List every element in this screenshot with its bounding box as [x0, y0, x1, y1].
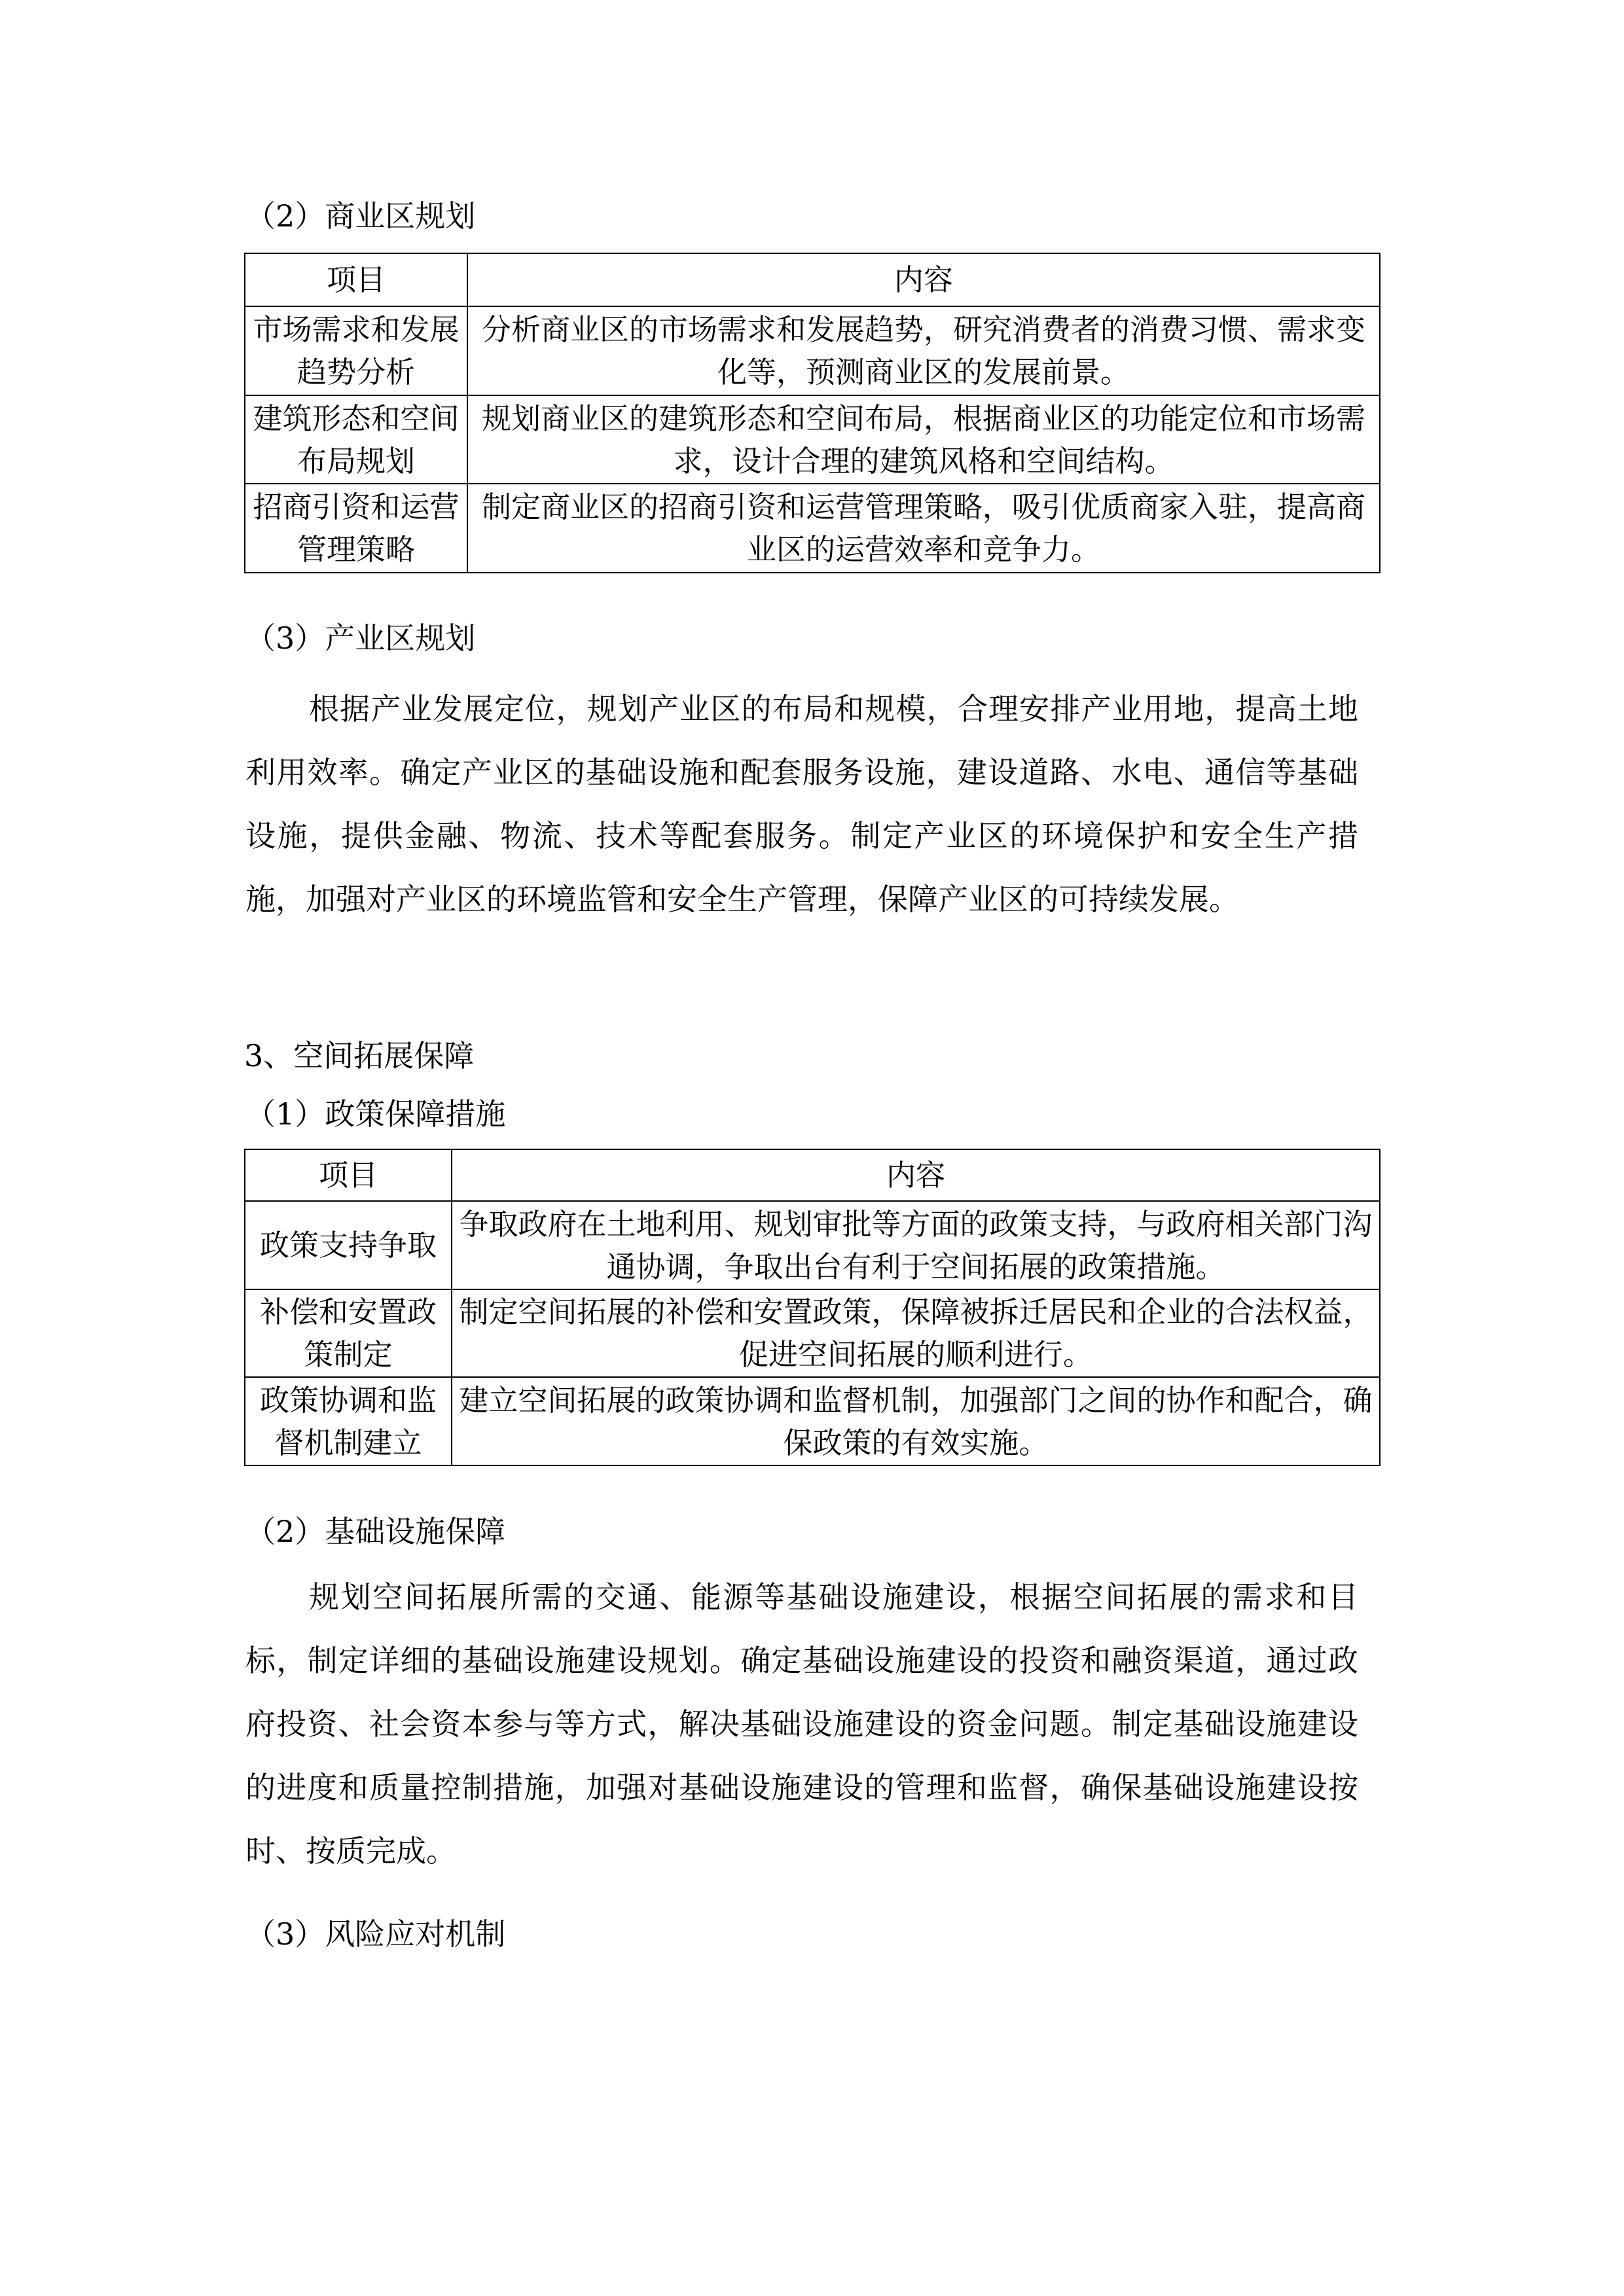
row-item-cell: 市场需求和发展趋势分析 — [245, 306, 467, 395]
section-heading-industrial-planning: （3）产业区规划 — [245, 619, 475, 658]
row-item-cell: 政策支持争取 — [245, 1201, 452, 1289]
table-row: 建筑形态和空间布局规划 规划商业区的建筑形态和空间布局，根据商业区的功能定位和市… — [245, 395, 1380, 484]
row-content-cell: 争取政府在土地利用、规划审批等方面的政策支持，与政府相关部门沟通协调，争取出台有… — [452, 1201, 1380, 1289]
table-row: 政策支持争取 争取政府在土地利用、规划审批等方面的政策支持，与政府相关部门沟通协… — [245, 1201, 1380, 1289]
row-item-cell: 招商引资和运营管理策略 — [245, 484, 467, 573]
section-heading-risk-response: （3）风险应对机制 — [245, 1914, 505, 1954]
infrastructure-paragraph: 规划空间拓展所需的交通、能源等基础设施建设，根据空间拓展的需求和目标，制定详细的… — [245, 1566, 1358, 1883]
column-header-item: 项目 — [245, 253, 467, 306]
row-content-cell: 制定空间拓展的补偿和安置政策，保障被拆迁居民和企业的合法权益，促进空间拓展的顺利… — [452, 1289, 1380, 1377]
table-header-row: 项目 内容 — [245, 1149, 1380, 1201]
row-item-cell: 补偿和安置政策制定 — [245, 1289, 452, 1377]
table-row: 招商引资和运营管理策略 制定商业区的招商引资和运营管理策略，吸引优质商家入驻，提… — [245, 484, 1380, 573]
table-header-row: 项目 内容 — [245, 253, 1380, 306]
industrial-planning-paragraph: 根据产业发展定位，规划产业区的布局和规模，合理安排产业用地，提高土地利用效率。确… — [245, 677, 1358, 931]
section-heading-space-expansion: 3、空间拓展保障 — [244, 1036, 474, 1075]
row-content-cell: 制定商业区的招商引资和运营管理策略，吸引优质商家入驻，提高商业区的运营效率和竞争… — [467, 484, 1380, 573]
section-heading-infrastructure: （2）基础设施保障 — [245, 1512, 505, 1551]
table-row: 政策协调和监督机制建立 建立空间拓展的政策协调和监督机制，加强部门之间的协作和配… — [245, 1377, 1380, 1465]
table-row: 补偿和安置政策制定 制定空间拓展的补偿和安置政策，保障被拆迁居民和企业的合法权益… — [245, 1289, 1380, 1377]
section-heading-commercial-planning: （2）商业区规划 — [245, 196, 475, 236]
column-header-content: 内容 — [467, 253, 1380, 306]
row-content-cell: 规划商业区的建筑形态和空间布局，根据商业区的功能定位和市场需求，设计合理的建筑风… — [467, 395, 1380, 484]
policy-measures-table: 项目 内容 政策支持争取 争取政府在土地利用、规划审批等方面的政策支持，与政府相… — [244, 1149, 1380, 1466]
column-header-item: 项目 — [245, 1149, 452, 1201]
row-item-cell: 建筑形态和空间布局规划 — [245, 395, 467, 484]
row-item-cell: 政策协调和监督机制建立 — [245, 1377, 452, 1465]
column-header-content: 内容 — [452, 1149, 1380, 1201]
row-content-cell: 建立空间拓展的政策协调和监督机制，加强部门之间的协作和配合，确保政策的有效实施。 — [452, 1377, 1380, 1465]
table-row: 市场需求和发展趋势分析 分析商业区的市场需求和发展趋势，研究消费者的消费习惯、需… — [245, 306, 1380, 395]
row-content-cell: 分析商业区的市场需求和发展趋势，研究消费者的消费习惯、需求变化等，预测商业区的发… — [467, 306, 1380, 395]
commercial-planning-table: 项目 内容 市场需求和发展趋势分析 分析商业区的市场需求和发展趋势，研究消费者的… — [244, 253, 1380, 573]
section-heading-policy-measures: （1）政策保障措施 — [245, 1094, 505, 1134]
